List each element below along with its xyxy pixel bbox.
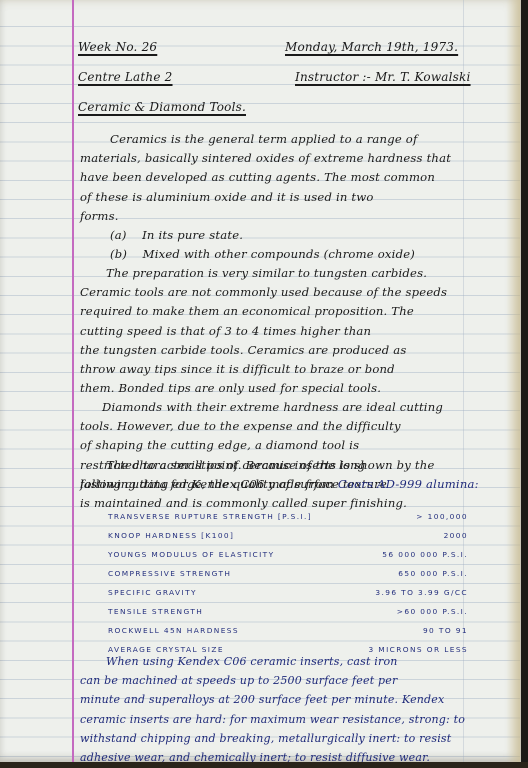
text-line: ceramic inserts are hard: for maximum we… bbox=[80, 710, 465, 729]
text-line: When using Kendex C06 ceramic inserts, c… bbox=[80, 652, 465, 671]
text-line: Ceramics is the general term applied to … bbox=[80, 130, 451, 149]
text-line: tools. However, due to the expense and t… bbox=[80, 417, 443, 436]
scan-edge bbox=[0, 762, 528, 768]
property-value: 650 000 P.S.I. bbox=[398, 569, 468, 578]
table-row: Specific Gravity 3.96 to 3.99 g/cc bbox=[108, 584, 508, 604]
text-line: Diamonds with their extreme hardness are… bbox=[80, 398, 443, 417]
property-name: Tensile Strength bbox=[108, 607, 203, 616]
text-segment-black: following data for Kendex C06 made from bbox=[80, 477, 334, 491]
paragraph-preparation: The preparation is very similar to tungs… bbox=[80, 264, 447, 398]
property-name: Knoop Hardness [K100] bbox=[108, 531, 234, 540]
table-row: Transverse Rupture Strength [P.S.I.] > 1… bbox=[108, 508, 508, 528]
paragraph-ceramics-intro: Ceramics is the general term applied to … bbox=[80, 130, 451, 226]
margin-line bbox=[72, 0, 74, 762]
property-name: Transverse Rupture Strength [P.S.I.] bbox=[108, 512, 312, 521]
text-line: required to make them an economical prop… bbox=[80, 302, 447, 321]
paragraph-kendex-usage: When using Kendex C06 ceramic inserts, c… bbox=[80, 652, 465, 767]
property-value: 90 to 91 bbox=[423, 626, 468, 635]
list-item: (a) In its pure state. bbox=[110, 226, 415, 245]
list-item: (b) Mixed with other compounds (chrome o… bbox=[110, 245, 415, 264]
text-line: materials, basically sintered oxides of … bbox=[80, 149, 451, 168]
text-line: cutting speed is that of 3 to 4 times hi… bbox=[80, 322, 447, 341]
property-value: > 100,000 bbox=[416, 512, 468, 521]
text-line: The characteristics of ceramic inserts i… bbox=[80, 456, 479, 475]
text-line: Ceramic tools are not commonly used beca… bbox=[80, 283, 447, 302]
property-value: 2000 bbox=[444, 531, 468, 540]
table-row: Compressive Strength 650 000 P.S.I. bbox=[108, 565, 508, 585]
list-label: (b) bbox=[110, 247, 127, 261]
topic-title: Ceramic & Diamond Tools. bbox=[78, 100, 246, 114]
text-line: withstand chipping and breaking, metallu… bbox=[80, 729, 465, 748]
table-row: Knoop Hardness [K100] 2000 bbox=[108, 527, 508, 547]
text-segment-blue: Coors AD-999 alumina: bbox=[338, 477, 479, 491]
property-name: Youngs Modulus of Elasticity bbox=[108, 550, 275, 559]
instructor: Instructor :- Mr. T. Kowalski bbox=[295, 70, 471, 84]
text-line: throw away tips since it is difficult to… bbox=[80, 360, 447, 379]
property-value: 56 000 000 P.S.I. bbox=[382, 550, 468, 559]
text-line: minute and superalloys at 200 surface fe… bbox=[80, 690, 465, 709]
text-line: can be machined at speeds up to 2500 sur… bbox=[80, 671, 465, 690]
text-line: of these is aluminium oxide and it is us… bbox=[80, 188, 451, 207]
text-line: them. Bonded tips are only used for spec… bbox=[80, 379, 447, 398]
list-text: Mixed with other compounds (chrome oxide… bbox=[143, 247, 415, 261]
table-row: Rockwell 45N Hardness 90 to 91 bbox=[108, 622, 508, 642]
paragraph-characteristics-intro: The characteristics of ceramic inserts i… bbox=[80, 456, 479, 494]
text-line: following data for Kendex C06 made from … bbox=[80, 475, 479, 494]
text-line: The preparation is very similar to tungs… bbox=[80, 264, 447, 283]
property-value: 3.96 to 3.99 g/cc bbox=[375, 588, 468, 597]
date: Monday, March 19th, 1973. bbox=[285, 40, 458, 54]
text-line: the tungsten carbide tools. Ceramics are… bbox=[80, 341, 447, 360]
forms-list: (a) In its pure state. (b) Mixed with ot… bbox=[110, 226, 415, 264]
property-name: Compressive Strength bbox=[108, 569, 231, 578]
property-name: Rockwell 45N Hardness bbox=[108, 626, 239, 635]
list-label: (a) bbox=[110, 228, 127, 242]
notebook-page: Week No. 26 Monday, March 19th, 1973. Ce… bbox=[0, 0, 521, 762]
table-row: Youngs Modulus of Elasticity 56 000 000 … bbox=[108, 546, 508, 566]
table-row: Tensile Strength >60 000 P.S.I. bbox=[108, 603, 508, 623]
course-name: Centre Lathe 2 bbox=[78, 70, 173, 84]
text-line: forms. bbox=[80, 207, 451, 226]
list-text: In its pure state. bbox=[142, 228, 243, 242]
page-edge-shading bbox=[506, 0, 520, 762]
text-line: have been developed as cutting agents. T… bbox=[80, 168, 451, 187]
text-line: of shaping the cutting edge, a diamond t… bbox=[80, 436, 443, 455]
property-value: >60 000 P.S.I. bbox=[397, 607, 468, 616]
property-name: Specific Gravity bbox=[108, 588, 197, 597]
week-number: Week No. 26 bbox=[78, 40, 157, 54]
